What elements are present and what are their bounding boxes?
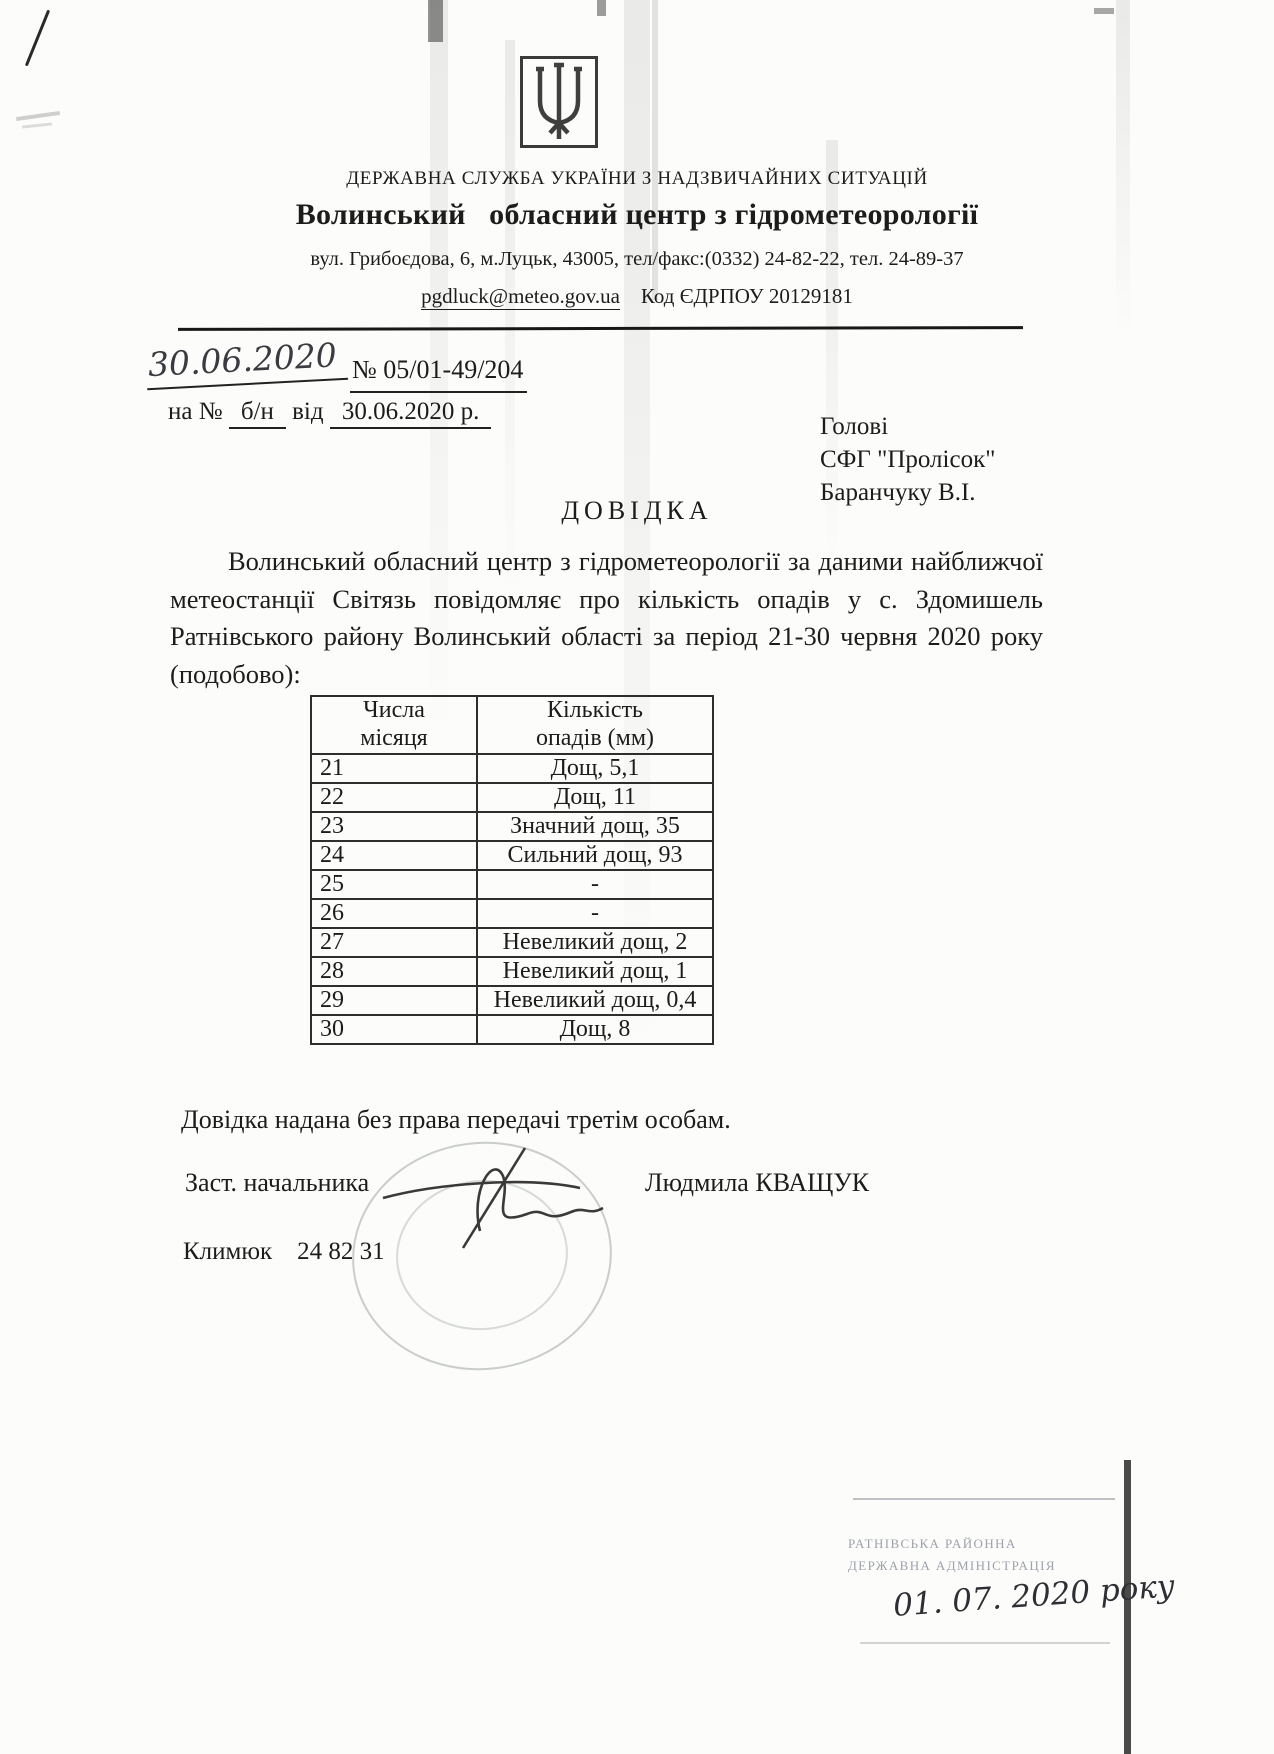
precip-cell: Невеликий дощ, 0,4 (477, 986, 713, 1015)
table-row: 29Невеликий дощ, 0,4 (311, 986, 713, 1015)
reply-mid: від (292, 398, 323, 425)
day-column-header: Числа місяця (311, 696, 477, 754)
day-cell: 22 (311, 783, 477, 812)
precip-cell: Значний дощ, 35 (477, 812, 713, 841)
day-cell: 24 (311, 841, 477, 870)
signer-position: Заст. начальника (185, 1168, 369, 1198)
ukraine-trident-emblem (520, 56, 598, 148)
pen-slash-mark (25, 10, 50, 67)
day-cell: 25 (311, 870, 477, 899)
table-row: 28Невеликий дощ, 1 (311, 957, 713, 986)
signature-stroke (375, 1136, 635, 1256)
day-cell: 29 (311, 986, 477, 1015)
document-title: ДОВІДКА (0, 496, 1274, 526)
reply-date: 30.06.2020 р. (330, 398, 492, 429)
precip-cell: - (477, 870, 713, 899)
addressee-block: Голові СФГ "Пролісок" Баранчуку В.І. (820, 410, 995, 509)
table-row: 23Значний дощ, 35 (311, 812, 713, 841)
organization-name: Волинський обласний центр з гідрометеоро… (0, 198, 1274, 232)
table-row: 22Дощ, 11 (311, 783, 713, 812)
precip-table-body: 21Дощ, 5,122Дощ, 1123Значний дощ, 3524Си… (311, 754, 713, 1044)
scan-mark (428, 0, 443, 42)
footer-stamp-text: РАТНІВСЬКА РАЙОННА (848, 1536, 1017, 1552)
precip-cell: Сильний дощ, 93 (477, 841, 713, 870)
day-cell: 27 (311, 928, 477, 957)
precipitation-table: Числа місяця Кількість опадів (мм) 21Дощ… (310, 695, 714, 1045)
email-line: pgdluck@meteo.gov.ua Код ЄДРПОУ 20129181 (0, 284, 1274, 309)
body-paragraph: Волинський обласний центр з гідрометеоро… (170, 543, 1043, 694)
footer-stamp-line (860, 1642, 1110, 1644)
table-row: 30Дощ, 8 (311, 1015, 713, 1044)
footer-stamp-line (853, 1498, 1115, 1500)
email-address: pgdluck@meteo.gov.ua (421, 284, 620, 310)
received-date-handwritten: 01. 07. 2020 року (892, 1568, 1176, 1624)
addressee-title: Голові (820, 410, 995, 443)
precip-cell: Невеликий дощ, 2 (477, 928, 713, 957)
disclaimer-note: Довідка надана без права передачі третім… (181, 1105, 731, 1135)
table-row: 26- (311, 899, 713, 928)
signer-name: Людмила КВАЩУК (645, 1168, 869, 1198)
precip-cell: - (477, 899, 713, 928)
header-divider (178, 326, 1023, 331)
table-row: 21Дощ, 5,1 (311, 754, 713, 783)
precip-cell: Дощ, 11 (477, 783, 713, 812)
table-header-row: Числа місяця Кількість опадів (мм) (311, 696, 713, 754)
edrpou-code: Код ЄДРПОУ 20129181 (641, 284, 853, 308)
executor-line: Климюк 24 82 31 (183, 1238, 385, 1266)
table-row: 25- (311, 870, 713, 899)
precip-cell: Дощ, 5,1 (477, 754, 713, 783)
day-cell: 21 (311, 754, 477, 783)
table-row: 24Сильний дощ, 93 (311, 841, 713, 870)
scan-mark (597, 0, 606, 16)
day-cell: 23 (311, 812, 477, 841)
scan-smudge (16, 111, 60, 121)
precip-cell: Дощ, 8 (477, 1015, 713, 1044)
precip-column-header: Кількість опадів (мм) (477, 696, 713, 754)
reply-prefix: на № (168, 398, 223, 425)
scan-smudge (22, 122, 52, 128)
reply-reference-line: на № б/н від 30.06.2020 р. (168, 398, 491, 426)
scanned-document-page: ДЕРЖАВНА СЛУЖБА УКРАЇНИ З НАДЗВИЧАЙНИХ С… (0, 0, 1274, 1754)
day-cell: 28 (311, 957, 477, 986)
reply-number: б/н (229, 398, 286, 429)
agency-name: ДЕРЖАВНА СЛУЖБА УКРАЇНИ З НАДЗВИЧАЙНИХ С… (0, 168, 1274, 190)
precip-cell: Невеликий дощ, 1 (477, 957, 713, 986)
day-cell: 30 (311, 1015, 477, 1044)
address-line: вул. Грибоєдова, 6, м.Луцьк, 43005, тел/… (0, 248, 1274, 271)
outgoing-date-handwritten: 30.06.2020 (145, 335, 348, 390)
outgoing-number: № 05/01-49/204 (350, 355, 527, 393)
scan-mark (1094, 8, 1114, 14)
table-row: 27Невеликий дощ, 2 (311, 928, 713, 957)
addressee-organization: СФГ "Пролісок" (820, 443, 995, 476)
footer-stamp-text: ДЕРЖАВНА АДМІНІСТРАЦІЯ (848, 1558, 1056, 1574)
day-cell: 26 (311, 899, 477, 928)
